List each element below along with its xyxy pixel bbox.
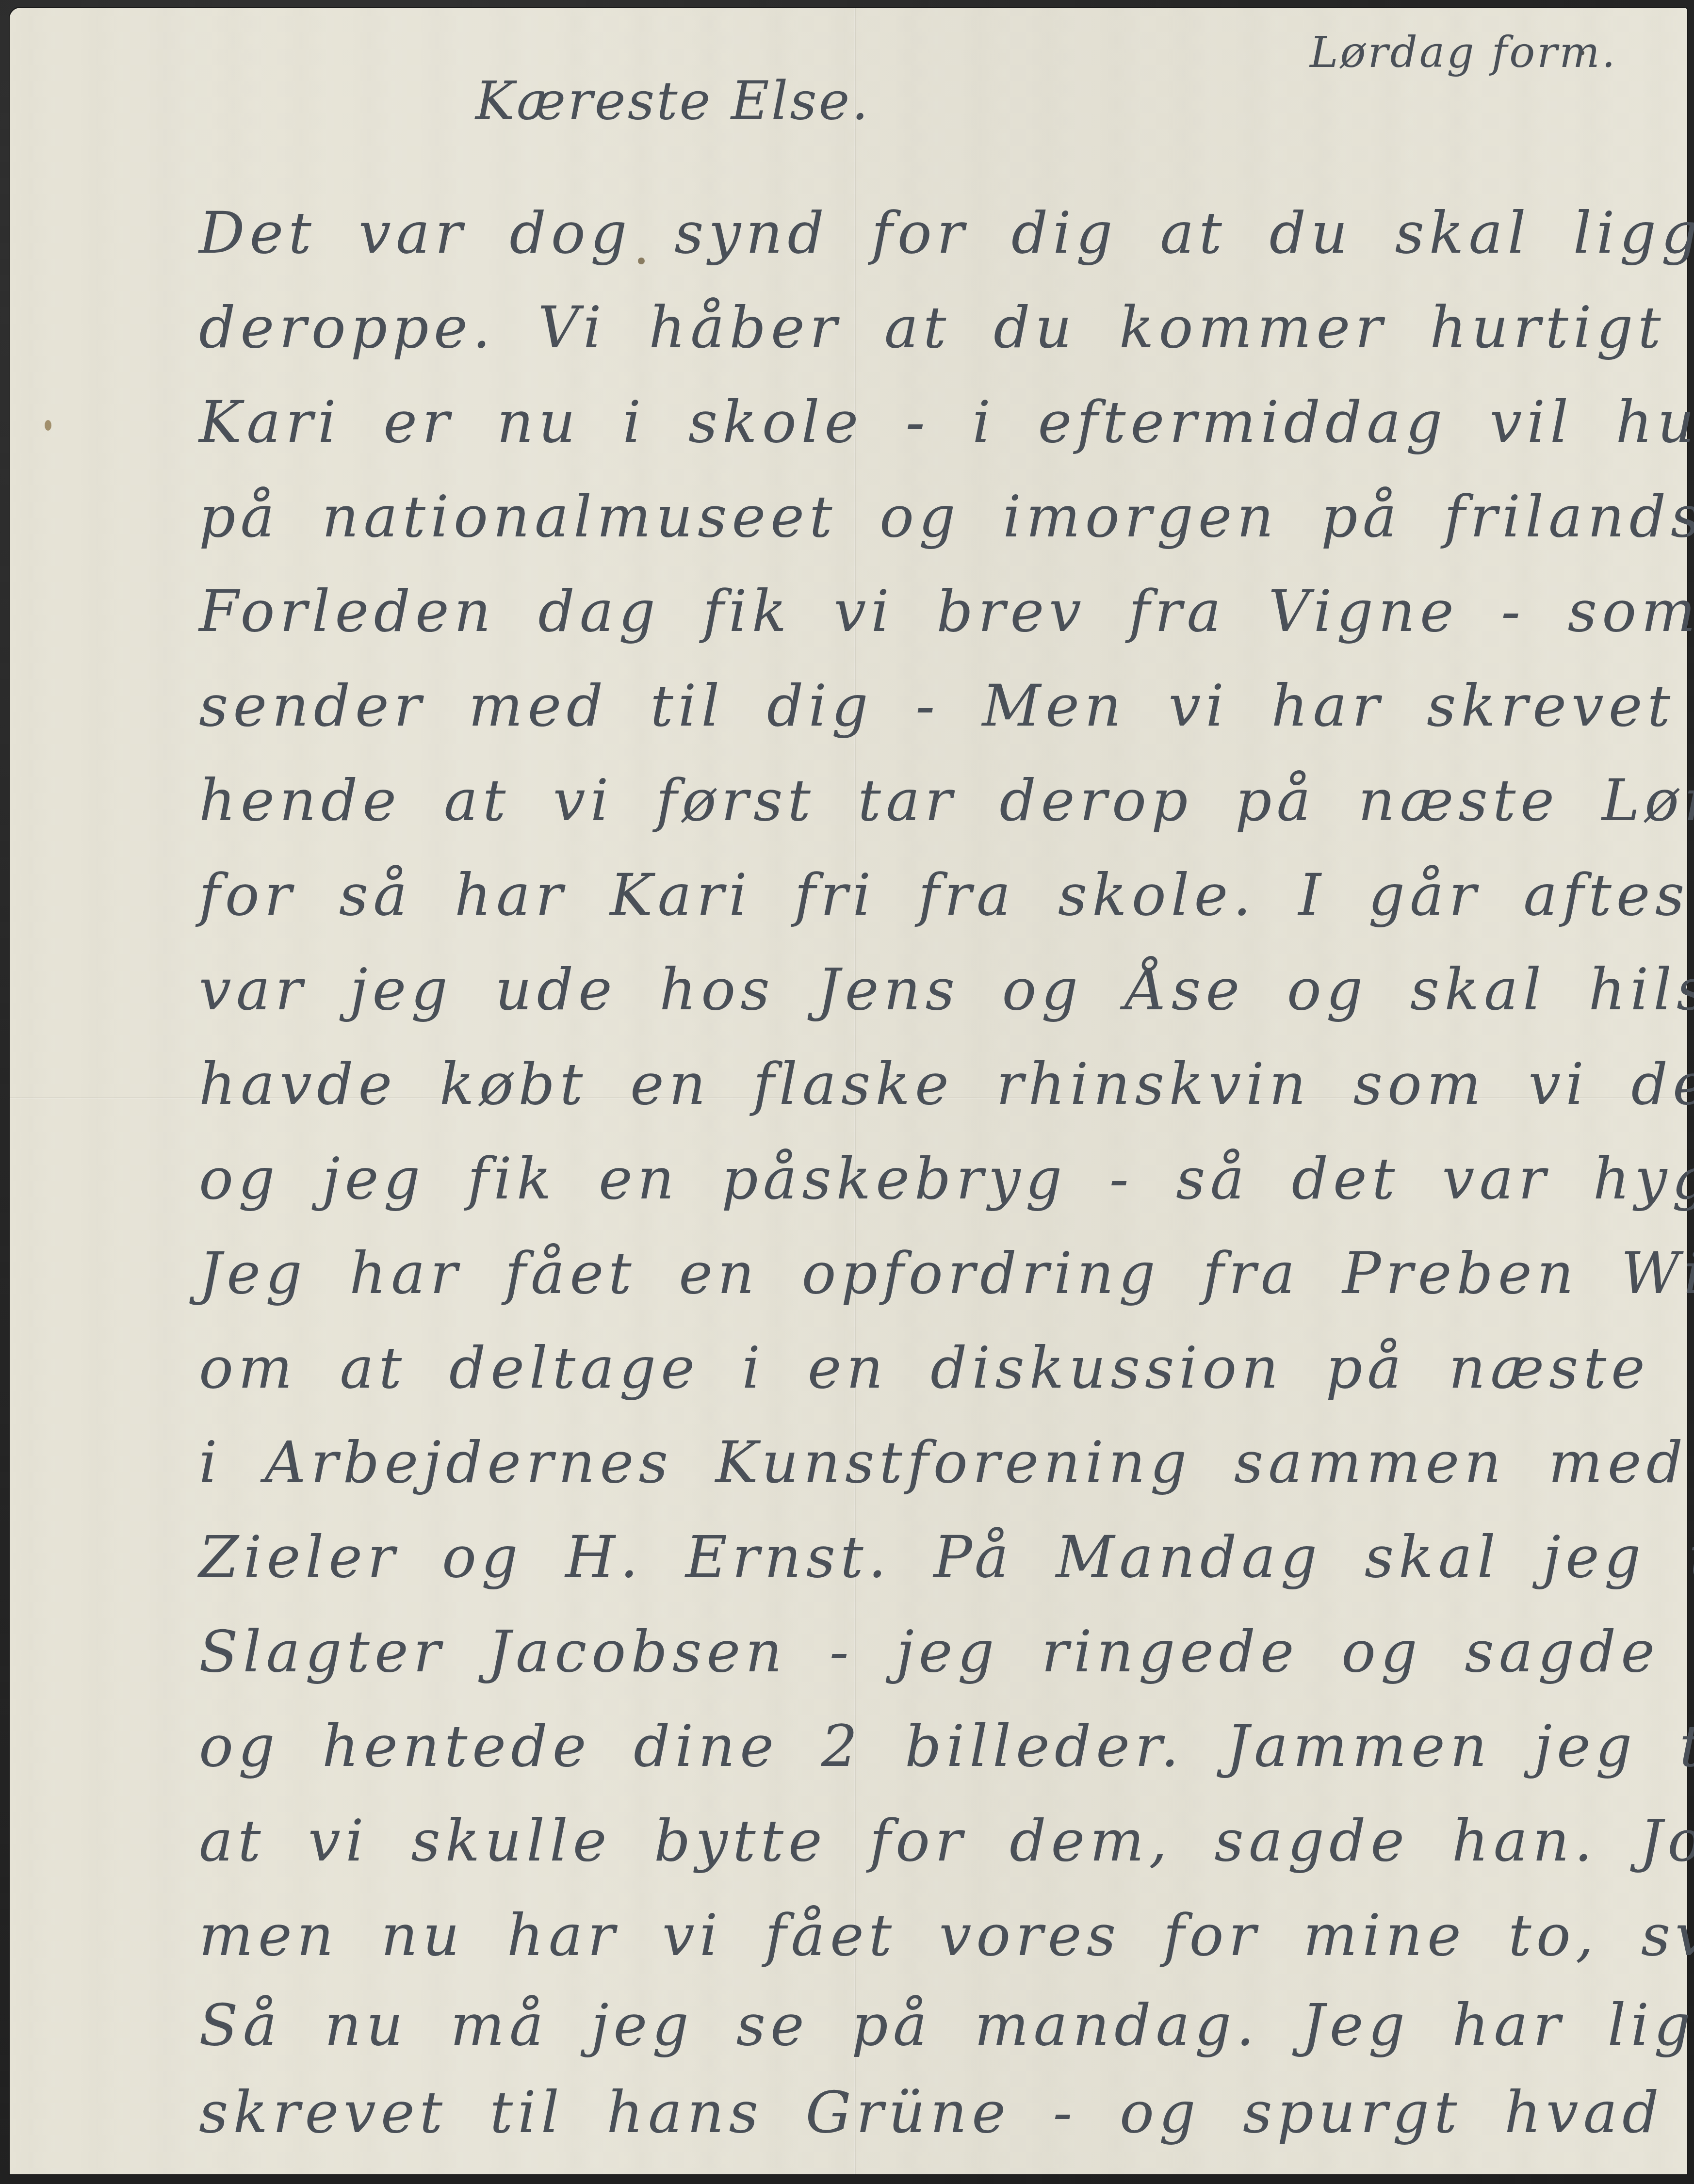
body-line: for så har Kari fri fra skole. I går aft…	[199, 861, 1654, 928]
body-line: skrevet til hans Grüne - og spurgt hvad …	[199, 2079, 1654, 2146]
body-line: havde købt en flaske rhinskvin som vi de…	[199, 1051, 1654, 1117]
body-line: Så nu må jeg se på mandag. Jeg har ligel…	[199, 1991, 1654, 2058]
body-line: Zieler og H. Ernst. På Mandag skal jeg u…	[199, 1523, 1654, 1590]
ink-spot	[45, 420, 51, 431]
body-line: i Arbejdernes Kunstforening sammen med	[199, 1429, 1654, 1496]
body-line: Jeg har fået en opfordring fra Preben Wi…	[199, 1240, 1654, 1307]
body-line: Slagter Jacobsen - jeg ringede og sagde …	[199, 1618, 1654, 1685]
letter-page: Lørdag form. Kæreste Else. Det var dog s…	[10, 8, 1687, 2174]
body-line: hende at vi først tar derop på næste Lør…	[199, 767, 1654, 834]
body-line: og jeg fik en påskebryg - så det var hyg…	[199, 1145, 1654, 1212]
salutation: Kæreste Else.	[475, 71, 870, 131]
body-line: på nationalmuseet og imorgen på frilands…	[199, 483, 1654, 550]
body-line: Kari er nu i skole - i eftermiddag vil h…	[199, 388, 1654, 455]
body-line: sender med til dig - Men vi har skrevet …	[199, 672, 1654, 739]
body-line: og hentede dine 2 billeder. Jammen jeg t…	[199, 1713, 1654, 1780]
body-line: deroppe. Vi håber at du kommer hurtigt o…	[199, 294, 1654, 361]
body-line: men nu har vi fået vores for mine to, sv…	[199, 1902, 1654, 1969]
body-line: Det var dog synd for dig at du skal ligg…	[199, 199, 1654, 266]
body-line: at vi skulle bytte for dem, sagde han. J…	[199, 1807, 1654, 1874]
body-line: Forleden dag fik vi brev fra Vigne - som…	[199, 578, 1654, 645]
date-line: Lørdag form.	[1310, 27, 1617, 77]
body-line: om at deltage i en diskussion på næste S…	[199, 1334, 1654, 1401]
body-line: var jeg ude hos Jens og Åse og skal hils…	[199, 956, 1654, 1023]
